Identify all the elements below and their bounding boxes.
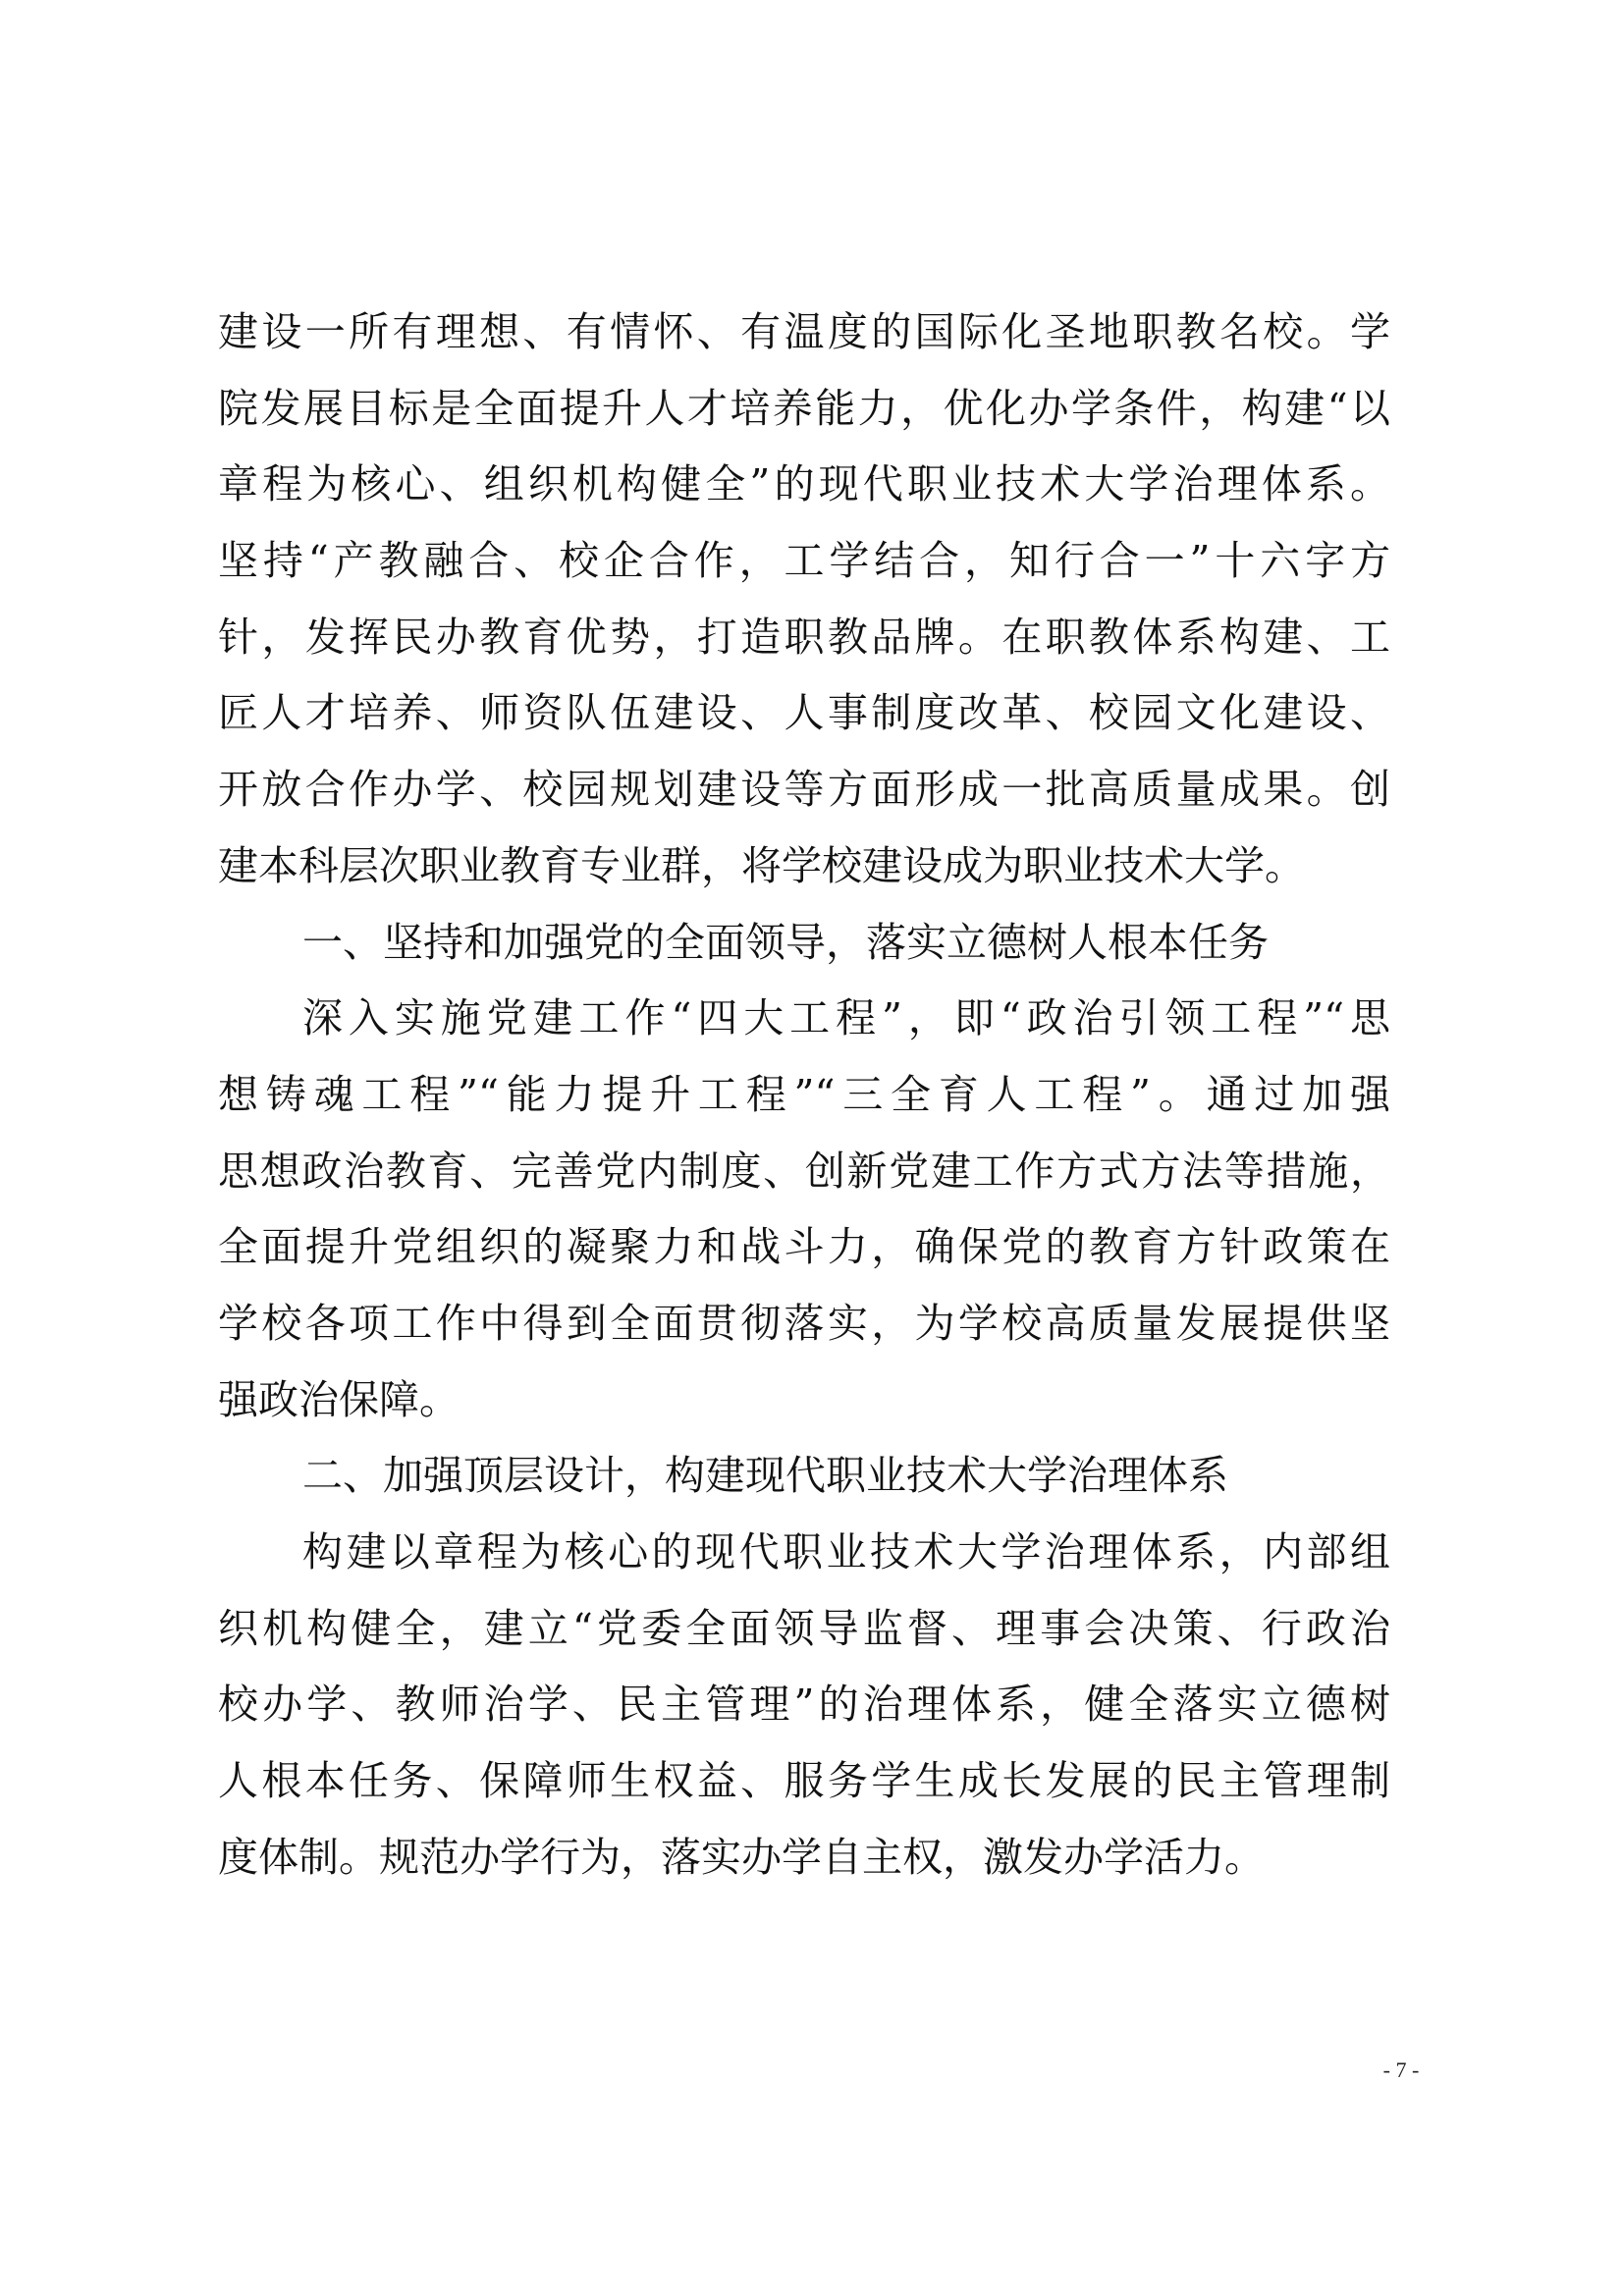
text-line: 织机构健全，建立“党委全面领导监督、理事会决策、行政治 [218,1591,1390,1668]
text-line: 全面提升党组织的凝聚力和战斗力，确保党的教育方针政策在 [218,1209,1390,1286]
paragraph-intro: 建设一所有理想、有情怀、有温度的国际化圣地职教名校。学 院发展目标是全面提升人才… [218,294,1390,905]
document-body: 建设一所有理想、有情怀、有温度的国际化圣地职教名校。学 院发展目标是全面提升人才… [218,294,1390,1896]
document-page: 建设一所有理想、有情怀、有温度的国际化圣地职教名校。学 院发展目标是全面提升人才… [0,0,1623,2296]
text-line: 人根本任务、保障师生权益、服务学生成长发展的民主管理制 [218,1743,1390,1820]
text-line: 想铸魂工程”“能力提升工程”“三全育人工程”。通过加强 [218,1057,1390,1134]
text-line: 匠人才培养、师资队伍建设、人事制度改革、校园文化建设、 [218,675,1390,752]
section-heading-1: 一、坚持和加强党的全面领导，落实立德树人根本任务 [218,905,1390,982]
text-line: 构建以章程为核心的现代职业技术大学治理体系，内部组 [218,1515,1390,1591]
text-line: 针，发挥民办教育优势，打造职教品牌。在职教体系构建、工 [218,600,1390,676]
paragraph-governance: 构建以章程为核心的现代职业技术大学治理体系，内部组 织机构健全，建立“党委全面领… [218,1515,1390,1896]
text-line: 学校各项工作中得到全面贯彻落实，为学校高质量发展提供坚 [218,1286,1390,1362]
text-line: 建本科层次职业教育专业群，将学校建设成为职业技术大学。 [218,828,1390,905]
text-line: 章程为核心、组织机构健全”的现代职业技术大学治理体系。 [218,447,1390,523]
text-line: 度体制。规范办学行为，落实办学自主权，激发办学活力。 [218,1820,1390,1896]
text-line: 思想政治教育、完善党内制度、创新党建工作方式方法等措施， [218,1134,1390,1210]
text-line: 校办学、教师治学、民主管理”的治理体系，健全落实立德树 [218,1667,1390,1743]
section-heading-2: 二、加强顶层设计，构建现代职业技术大学治理体系 [218,1438,1390,1515]
page-number: - 7 - [1370,2057,1433,2083]
text-line: 深入实施党建工作“四大工程”，即“政治引领工程”“思 [218,981,1390,1057]
text-line: 建设一所有理想、有情怀、有温度的国际化圣地职教名校。学 [218,294,1390,371]
paragraph-party-leadership: 深入实施党建工作“四大工程”，即“政治引领工程”“思 想铸魂工程”“能力提升工程… [218,981,1390,1438]
text-line: 坚持“产教融合、校企合作，工学结合，知行合一”十六字方 [218,523,1390,600]
text-line: 强政治保障。 [218,1362,1390,1439]
text-line: 开放合作办学、校园规划建设等方面形成一批高质量成果。创 [218,752,1390,828]
text-line: 院发展目标是全面提升人才培养能力，优化办学条件，构建“以 [218,371,1390,448]
